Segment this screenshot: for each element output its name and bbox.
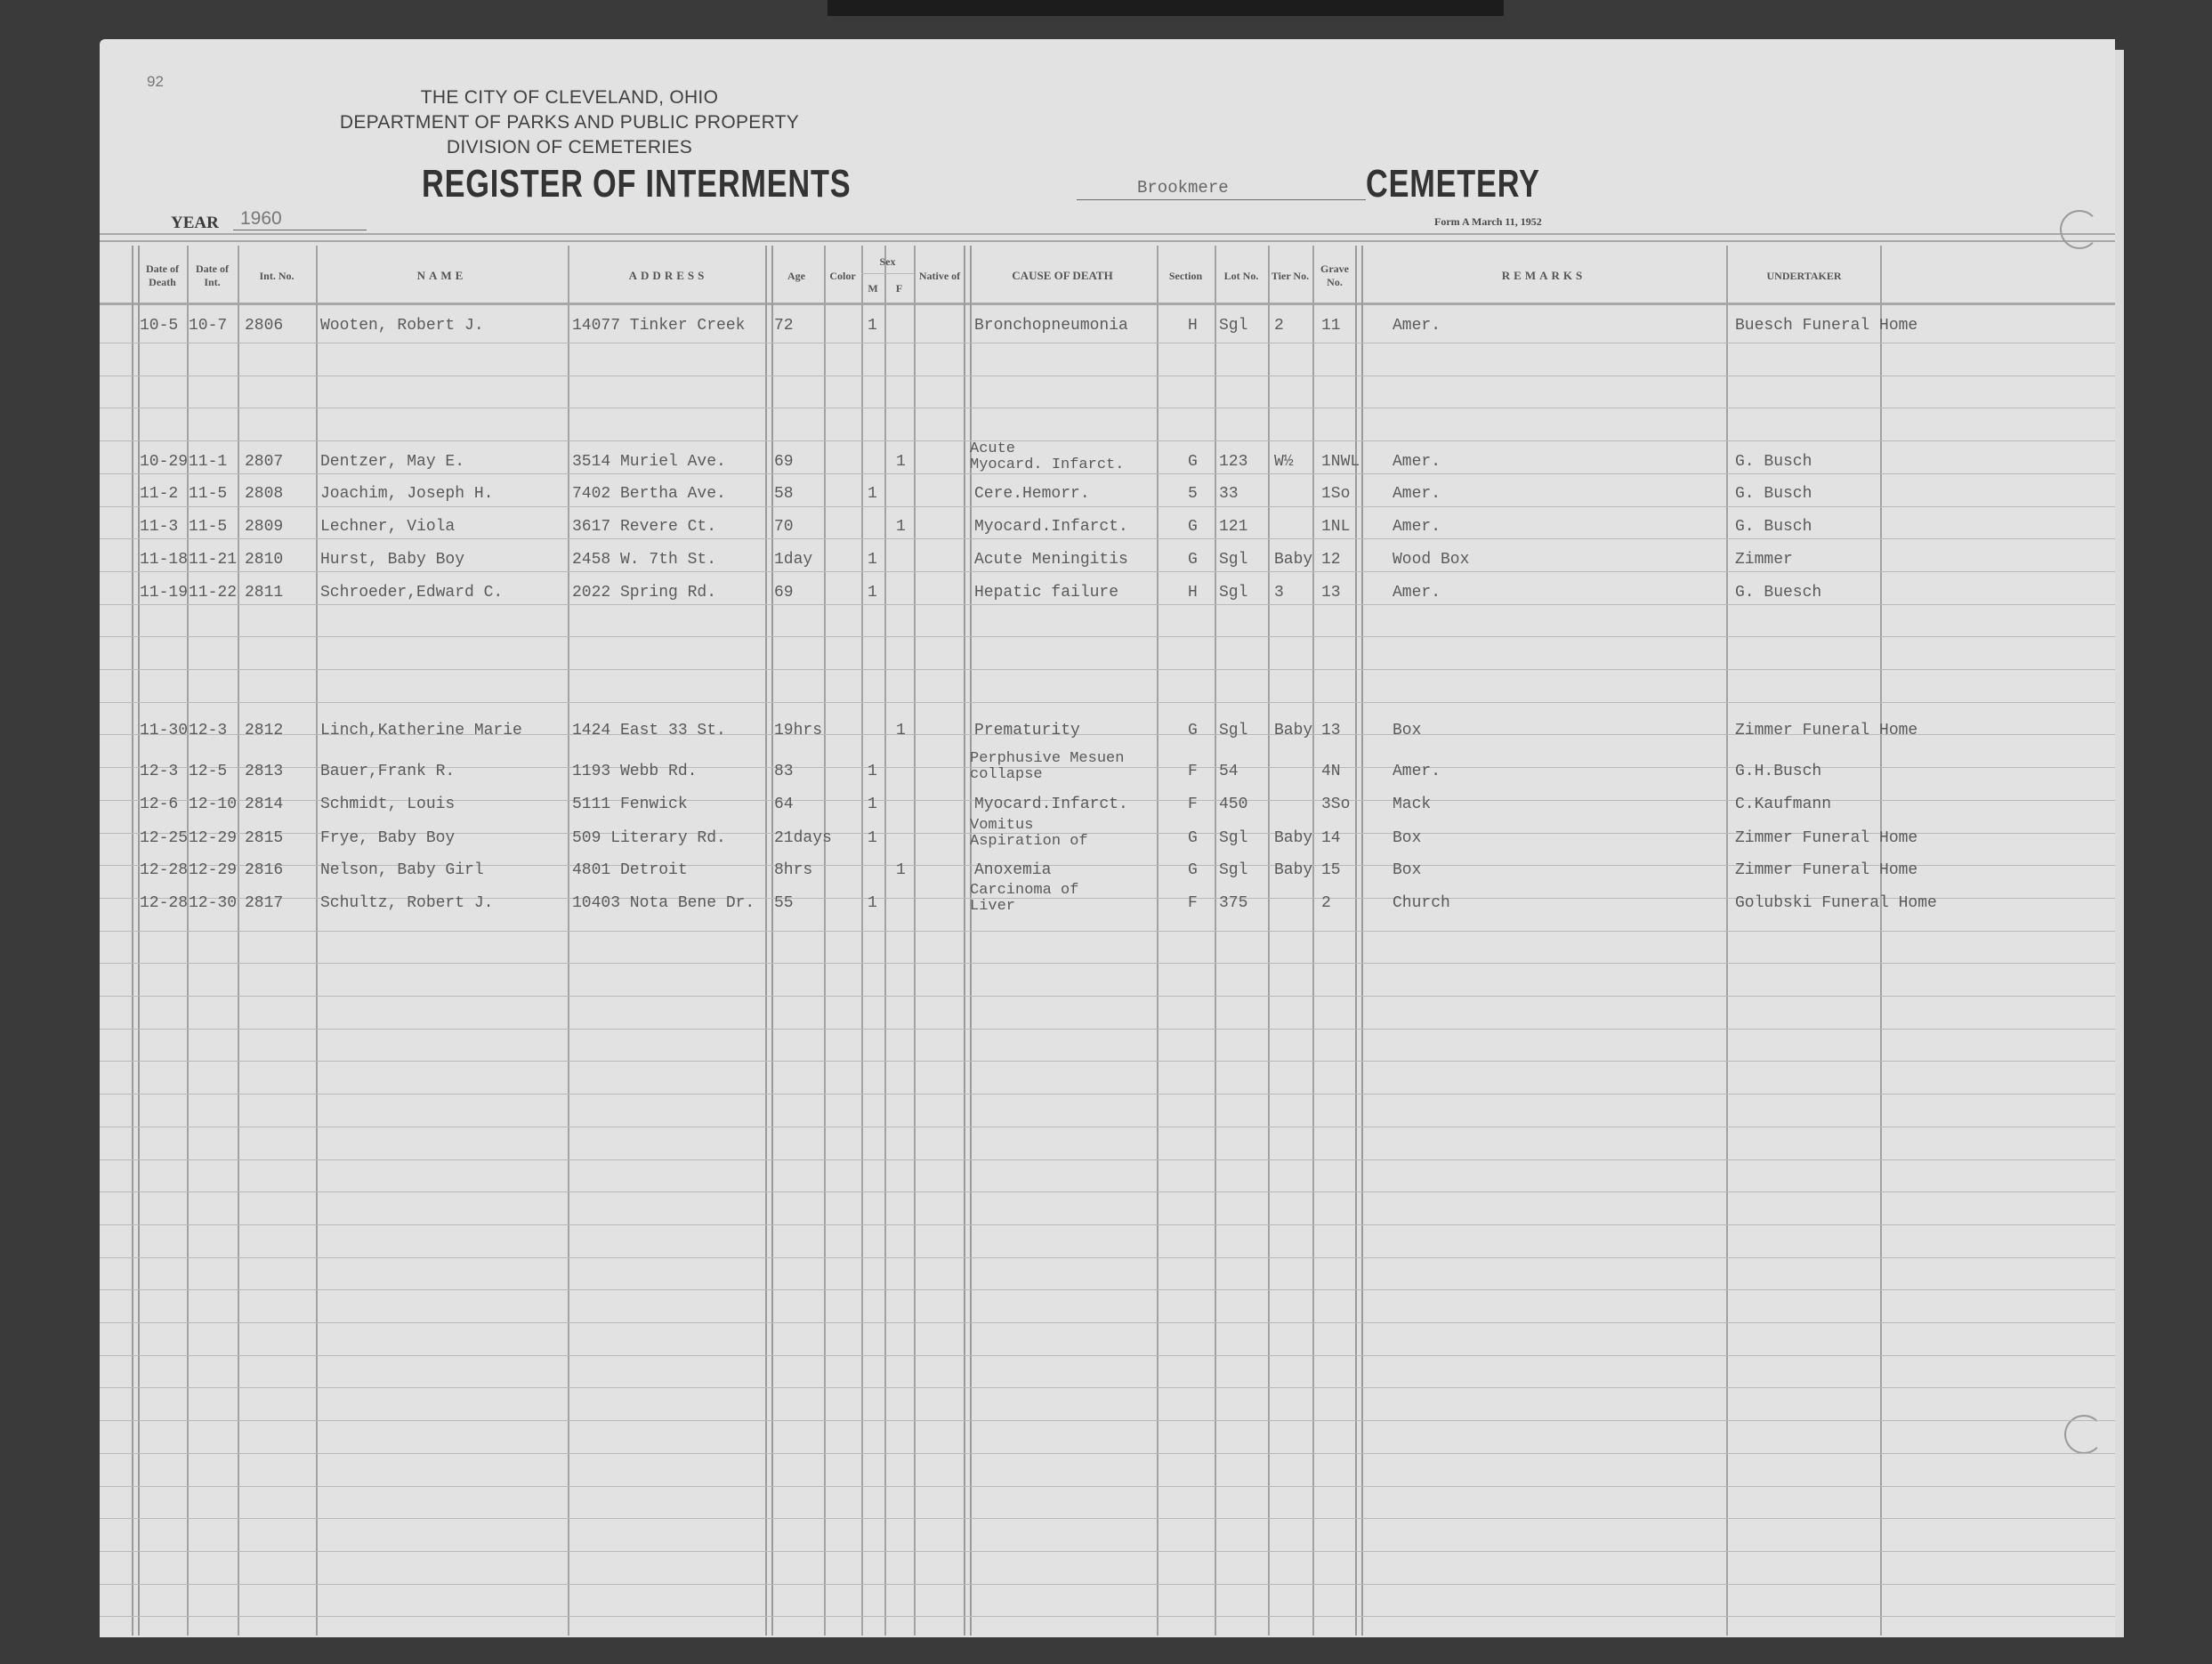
cell-undertaker: Zimmer Funeral Home — [1735, 862, 1917, 878]
header-rule-2 — [100, 240, 2115, 242]
cell-grave: 3So — [1321, 796, 1350, 812]
column-rule — [861, 246, 863, 1636]
cell-tier: 3 — [1274, 585, 1284, 601]
cell-death: 11-2 — [140, 486, 178, 502]
column-rule — [914, 246, 916, 1636]
cell-remarks: Mack — [1393, 796, 1431, 812]
cell-grave: 1So — [1321, 486, 1350, 502]
cell-lot: 123 — [1219, 454, 1247, 470]
row-rule — [100, 408, 2115, 408]
cell-name: Schmidt, Louis — [320, 796, 455, 812]
cell-no: 2814 — [245, 796, 283, 812]
cell-cause: Bronchopneumonia — [974, 318, 1128, 334]
cell-cause: Cere.Hemorr. — [974, 486, 1090, 502]
header-rule-top — [100, 233, 2115, 235]
cell-address: 3514 Muriel Ave. — [572, 454, 726, 470]
cell-lot: 121 — [1219, 519, 1247, 535]
col-sex: Sex — [861, 249, 914, 274]
cell-section: 5 — [1188, 486, 1198, 502]
row-rule — [100, 1355, 2115, 1356]
cell-lot: 33 — [1219, 486, 1239, 502]
row-rule — [100, 1616, 2115, 1617]
column-rule — [316, 246, 318, 1636]
row-rule — [100, 669, 2115, 670]
cell-remarks: Amer. — [1393, 519, 1441, 535]
cell-grave: 13 — [1321, 723, 1341, 739]
cell-lot: Sgl — [1219, 723, 1247, 739]
row-rule — [100, 1289, 2115, 1290]
col-age: Age — [769, 249, 824, 303]
cell-cause: Myocard.Infarct. — [974, 519, 1128, 535]
cell-cause-line2: Liver — [970, 899, 1015, 914]
col-int-no: Int. No. — [238, 249, 316, 303]
cell-age: 83 — [774, 763, 794, 779]
cell-section: G — [1188, 519, 1198, 535]
cell-m: 1 — [868, 318, 877, 334]
cell-tier: W½ — [1274, 454, 1294, 470]
cell-age: 72 — [774, 318, 794, 334]
cemetery-name-field: Brookmere — [1137, 178, 1229, 198]
cell-address: 10403 Nota Bene Dr. — [572, 895, 755, 911]
cell-cause-line2: collapse — [970, 767, 1043, 782]
row-rule — [100, 1420, 2115, 1421]
cell-grave: 13 — [1321, 585, 1341, 601]
cell-section: G — [1188, 454, 1198, 470]
cell-section: G — [1188, 552, 1198, 568]
cell-lot: Sgl — [1219, 585, 1247, 601]
cell-m: 1 — [868, 796, 877, 812]
cell-grave: 15 — [1321, 862, 1341, 878]
cell-death: 12-28 — [140, 862, 188, 878]
cell-f: 1 — [896, 862, 906, 878]
cell-undertaker: G.H.Busch — [1735, 763, 1821, 779]
cell-death: 12-25 — [140, 830, 188, 846]
column-rule — [238, 246, 239, 1636]
cell-no: 2815 — [245, 830, 283, 846]
year-underline — [233, 230, 367, 230]
cell-section: G — [1188, 862, 1198, 878]
row-rule — [100, 604, 2115, 605]
cell-lot: Sgl — [1219, 318, 1247, 334]
cell-name: Joachim, Joseph H. — [320, 486, 493, 502]
cell-section: F — [1188, 763, 1198, 779]
cell-cause-line1: Acute — [970, 441, 1015, 456]
register-title: REGISTER OF INTERMENTS — [422, 162, 851, 206]
row-rule — [100, 440, 2115, 441]
cell-no: 2816 — [245, 862, 283, 878]
cell-remarks: Box — [1393, 723, 1421, 739]
cell-tier: Baby — [1274, 830, 1312, 846]
col-section: Section — [1157, 249, 1215, 303]
cell-tier: Baby — [1274, 862, 1312, 878]
cell-cause-line1: Carcinoma of — [970, 883, 1078, 898]
cell-int: 11-5 — [189, 519, 227, 535]
cell-section: G — [1188, 723, 1198, 739]
col-sex-m: M — [861, 274, 884, 303]
cell-name: Wooten, Robert J. — [320, 318, 484, 334]
cell-name: Lechner, Viola — [320, 519, 455, 535]
cell-m: 1 — [868, 763, 877, 779]
cell-int: 11-21 — [189, 552, 237, 568]
cell-name: Dentzer, May E. — [320, 454, 464, 470]
column-rule — [1215, 246, 1216, 1636]
cell-undertaker: Zimmer Funeral Home — [1735, 723, 1917, 739]
col-date-of-death: Date of Death — [138, 249, 187, 303]
cell-int: 11-22 — [189, 585, 237, 601]
cell-grave: 1NWL — [1321, 454, 1360, 470]
page-number: 92 — [147, 73, 164, 91]
column-rule — [765, 246, 773, 1636]
cell-int: 12-3 — [189, 723, 227, 739]
cell-death: 12-28 — [140, 895, 188, 911]
col-grave-no: Grave No. — [1312, 249, 1357, 303]
cell-no: 2812 — [245, 723, 283, 739]
cell-f: 1 — [896, 723, 906, 739]
cell-remarks: Amer. — [1393, 585, 1441, 601]
cell-m: 1 — [868, 895, 877, 911]
row-rule — [100, 963, 2115, 964]
cell-undertaker: G. Busch — [1735, 486, 1812, 502]
cell-death: 12-3 — [140, 763, 178, 779]
cell-undertaker: Buesch Funeral Home — [1735, 318, 1917, 334]
cell-lot: Sgl — [1219, 830, 1247, 846]
row-rule — [100, 1257, 2115, 1258]
cell-undertaker: G. Busch — [1735, 454, 1812, 470]
cell-remarks: Church — [1393, 895, 1450, 911]
cell-death: 11-3 — [140, 519, 178, 535]
cell-age: 69 — [774, 454, 794, 470]
row-rule — [100, 1387, 2115, 1388]
cell-address: 2458 W. 7th St. — [572, 552, 716, 568]
page-right-edge — [2115, 50, 2124, 1637]
cell-grave: 14 — [1321, 830, 1341, 846]
cell-cause: Myocard.Infarct. — [974, 796, 1128, 812]
row-rule — [100, 996, 2115, 997]
row-rule — [100, 376, 2115, 376]
row-rule — [100, 1584, 2115, 1585]
col-name: NAME — [316, 249, 568, 303]
column-rule — [1880, 246, 1882, 1636]
form-note: Form A March 11, 1952 — [1434, 215, 1542, 229]
cell-age: 64 — [774, 796, 794, 812]
cell-grave: 2 — [1321, 895, 1331, 911]
header-rule-bottom — [100, 303, 2115, 305]
row-rule — [100, 473, 2115, 474]
col-tier-no: Tier No. — [1268, 249, 1312, 303]
cell-lot: Sgl — [1219, 862, 1247, 878]
cell-death: 10-29 — [140, 454, 188, 470]
row-rule — [100, 1486, 2115, 1487]
cell-remarks: Amer. — [1393, 763, 1441, 779]
cell-no: 2807 — [245, 454, 283, 470]
row-rule — [100, 1551, 2115, 1552]
cell-cause-line2: Aspiration of — [970, 834, 1088, 849]
row-rule — [100, 931, 2115, 932]
scanner-edge-strip — [827, 0, 1504, 16]
cell-int: 11-1 — [189, 454, 227, 470]
cell-remarks: Amer. — [1393, 454, 1441, 470]
column-rule — [1312, 246, 1314, 1636]
cell-name: Schultz, Robert J. — [320, 895, 493, 911]
cell-age: 21days — [774, 830, 832, 846]
cell-int: 12-5 — [189, 763, 227, 779]
cell-no: 2806 — [245, 318, 283, 334]
cell-undertaker: Zimmer — [1735, 552, 1793, 568]
org-division: DIVISION OF CEMETERIES — [303, 137, 836, 158]
cell-cause-line1: Perphusive Mesuen — [970, 751, 1124, 766]
year-value: 1960 — [240, 208, 282, 230]
org-city: THE CITY OF CLEVELAND, OHIO — [303, 87, 836, 109]
cell-section: G — [1188, 830, 1198, 846]
cell-name: Hurst, Baby Boy — [320, 552, 464, 568]
binder-clip-top-icon — [2060, 210, 2099, 249]
cell-cause-line2: Myocard. Infarct. — [970, 457, 1124, 473]
row-rule — [100, 538, 2115, 539]
cell-address: 1424 East 33 St. — [572, 723, 726, 739]
cell-no: 2810 — [245, 552, 283, 568]
column-rule — [1726, 246, 1728, 1636]
cell-address: 7402 Bertha Ave. — [572, 486, 726, 502]
column-rule — [568, 246, 569, 1636]
cell-death: 12-6 — [140, 796, 178, 812]
cell-cause: Anoxemia — [974, 862, 1051, 878]
year-label: YEAR — [171, 214, 219, 233]
cell-age: 8hrs — [774, 862, 812, 878]
cell-m: 1 — [868, 552, 877, 568]
cell-section: F — [1188, 895, 1198, 911]
cell-lot: 54 — [1219, 763, 1239, 779]
cell-address: 4801 Detroit — [572, 862, 688, 878]
cell-tier: Baby — [1274, 723, 1312, 739]
cell-no: 2808 — [245, 486, 283, 502]
cell-name: Schroeder,Edward C. — [320, 585, 503, 601]
cell-death: 11-18 — [140, 552, 188, 568]
row-rule — [100, 571, 2115, 572]
cell-f: 1 — [896, 519, 906, 535]
cell-remarks: Box — [1393, 830, 1421, 846]
cell-address: 509 Literary Rd. — [572, 830, 726, 846]
cell-address: 14077 Tinker Creek — [572, 318, 745, 334]
cell-name: Linch,Katherine Marie — [320, 723, 522, 739]
cell-death: 11-19 — [140, 585, 188, 601]
cell-undertaker: Golubski Funeral Home — [1735, 895, 1937, 911]
cell-name: Frye, Baby Boy — [320, 830, 455, 846]
cell-grave: 1NL — [1321, 519, 1350, 535]
cell-int: 11-5 — [189, 486, 227, 502]
cell-name: Bauer,Frank R. — [320, 763, 455, 779]
row-rule — [100, 1127, 2115, 1127]
column-rule — [884, 246, 886, 1636]
cell-remarks: Amer. — [1393, 486, 1441, 502]
cell-no: 2813 — [245, 763, 283, 779]
cell-remarks: Amer. — [1393, 318, 1441, 334]
cell-m: 1 — [868, 486, 877, 502]
cell-address: 3617 Revere Ct. — [572, 519, 716, 535]
cell-remarks: Wood Box — [1393, 552, 1469, 568]
row-rule — [100, 1191, 2115, 1192]
cell-section: H — [1188, 585, 1198, 601]
cell-grave: 4N — [1321, 763, 1341, 779]
cell-grave: 11 — [1321, 318, 1341, 334]
cell-age: 19hrs — [774, 723, 822, 739]
cell-lot: 375 — [1219, 895, 1247, 911]
cell-tier: Baby — [1274, 552, 1312, 568]
row-rule — [100, 506, 2115, 507]
cell-age: 55 — [774, 895, 794, 911]
col-native-of: Native of — [914, 249, 965, 303]
cell-int: 12-29 — [189, 830, 237, 846]
cell-age: 58 — [774, 486, 794, 502]
cell-int: 12-30 — [189, 895, 237, 911]
cell-f: 1 — [896, 454, 906, 470]
col-remarks: REMARKS — [1361, 249, 1726, 303]
cell-death: 10-5 — [140, 318, 178, 334]
row-rule — [100, 1029, 2115, 1030]
cell-cause: Prematurity — [974, 723, 1080, 739]
cell-remarks: Box — [1393, 862, 1421, 878]
row-rule — [100, 1322, 2115, 1323]
cell-address: 2022 Spring Rd. — [572, 585, 716, 601]
cell-m: 1 — [868, 830, 877, 846]
cemetery-label: CEMETERY — [1366, 162, 1540, 206]
cell-age: 1day — [774, 552, 812, 568]
column-rule — [132, 246, 140, 1636]
col-sex-f: F — [884, 274, 914, 303]
cell-undertaker: G. Buesch — [1735, 585, 1821, 601]
cemetery-name-underline — [1077, 199, 1366, 200]
column-rule — [824, 246, 826, 1636]
col-color: Color — [824, 249, 861, 303]
col-date-of-int: Date of Int. — [187, 249, 238, 303]
col-address: ADDRESS — [569, 249, 767, 303]
col-lot-no: Lot No. — [1215, 249, 1268, 303]
cell-lot: Sgl — [1219, 552, 1247, 568]
cell-age: 70 — [774, 519, 794, 535]
cell-no: 2809 — [245, 519, 283, 535]
row-rule — [100, 1518, 2115, 1519]
row-rule — [100, 1094, 2115, 1095]
cell-tier: 2 — [1274, 318, 1284, 334]
cell-cause: Hepatic failure — [974, 585, 1118, 601]
cell-cause-line1: Vomitus — [970, 818, 1033, 833]
cell-grave: 12 — [1321, 552, 1341, 568]
column-rule — [1268, 246, 1270, 1636]
cell-name: Nelson, Baby Girl — [320, 862, 484, 878]
cell-int: 10-7 — [189, 318, 227, 334]
col-cause-of-death: CAUSE OF DEATH — [968, 249, 1157, 303]
column-rule — [1157, 246, 1158, 1636]
cell-undertaker: Zimmer Funeral Home — [1735, 830, 1917, 846]
cell-address: 5111 Fenwick — [572, 796, 688, 812]
org-department: DEPARTMENT OF PARKS AND PUBLIC PROPERTY — [303, 112, 836, 133]
cell-int: 12-10 — [189, 796, 237, 812]
cell-m: 1 — [868, 585, 877, 601]
row-rule — [100, 1159, 2115, 1160]
cell-section: F — [1188, 796, 1198, 812]
cell-cause: Acute Meningitis — [974, 552, 1128, 568]
row-rule — [100, 702, 2115, 703]
cell-undertaker: C.Kaufmann — [1735, 796, 1831, 812]
cell-no: 2811 — [245, 585, 283, 601]
cell-section: H — [1188, 318, 1198, 334]
cell-no: 2817 — [245, 895, 283, 911]
cell-int: 12-29 — [189, 862, 237, 878]
row-rule — [100, 1061, 2115, 1062]
row-rule — [100, 1224, 2115, 1225]
col-undertaker: UNDERTAKER — [1726, 249, 1882, 303]
cell-address: 1193 Webb Rd. — [572, 763, 697, 779]
row-rule — [100, 343, 2115, 343]
row-rule — [100, 636, 2115, 637]
cell-death: 11-30 — [140, 723, 188, 739]
cell-undertaker: G. Busch — [1735, 519, 1812, 535]
row-rule — [100, 1453, 2115, 1454]
cell-age: 69 — [774, 585, 794, 601]
cell-lot: 450 — [1219, 796, 1247, 812]
